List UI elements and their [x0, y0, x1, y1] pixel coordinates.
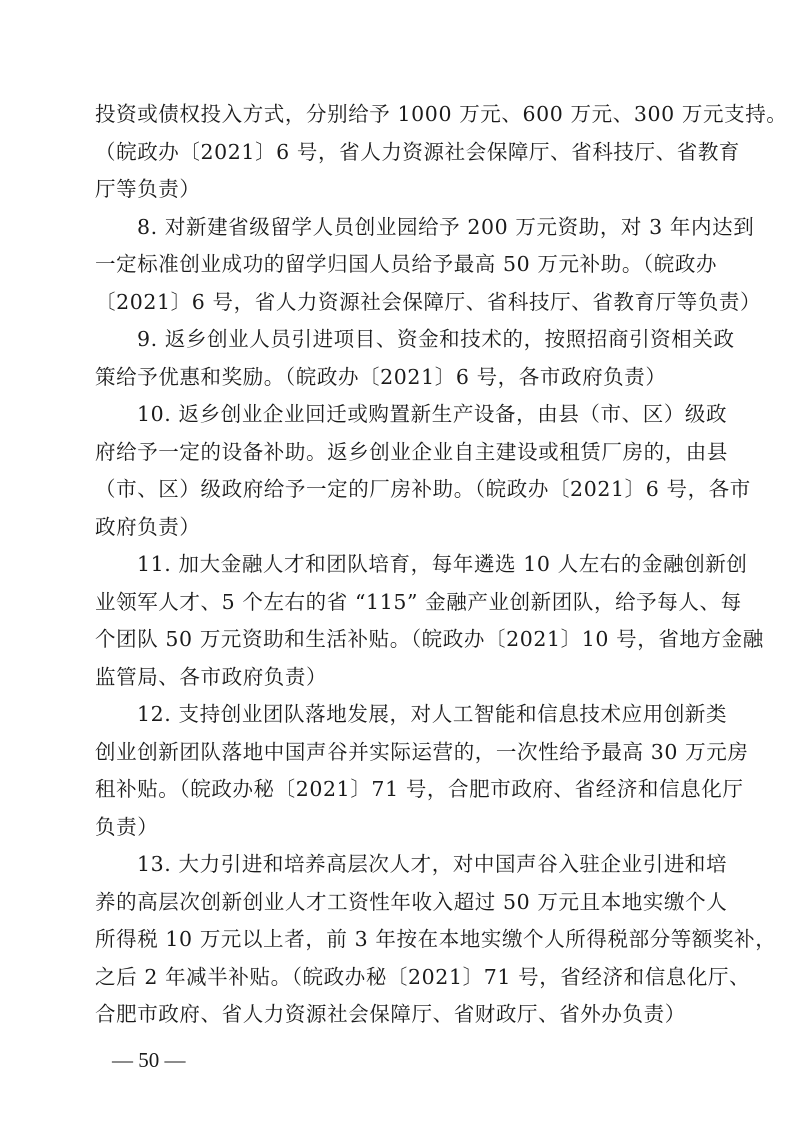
item-11-line: 业领军人才、5 个左右的省 “115” 金融产业创新团队，给予每人、每: [95, 588, 702, 616]
text-line: （皖政办〔2021〕6 号，省人力资源社会保障厅、省科技厅、省教育: [95, 138, 702, 166]
page-number: — 50 —: [112, 1047, 186, 1073]
text-line: 厅等负责）: [95, 175, 702, 203]
item-12-line: 租补贴。（皖政办秘〔2021〕71 号，合肥市政府、省经济和信息化厅: [95, 775, 702, 803]
item-10-line: 府给予一定的设备补助。返乡创业企业自主建设或租赁厂房的，由县: [95, 438, 702, 466]
item-10-line: 政府负责）: [95, 513, 702, 541]
item-11-line: 11. 加大金融人才和团队培育，每年遴选 10 人左右的金融创新创: [137, 550, 702, 578]
item-12-line: 12. 支持创业团队落地发展，对人工智能和信息技术应用创新类: [137, 700, 702, 728]
item-9-line: 9. 返乡创业人员引进项目、资金和技术的，按照招商引资相关政: [137, 325, 702, 353]
item-12-line: 创业创新团队落地中国声谷并实际运营的，一次性给予最高 30 万元房: [95, 738, 702, 766]
item-13-line: 养的高层次创新创业人才工资性年收入超过 50 万元且本地实缴个人: [95, 888, 702, 916]
item-13-line: 之后 2 年减半补贴。（皖政办秘〔2021〕71 号，省经济和信息化厅、: [95, 963, 702, 991]
item-8-line: 一定标准创业成功的留学归国人员给予最高 50 万元补助。（皖政办: [95, 250, 702, 278]
text-line: 投资或债权投入方式，分别给予 1000 万元、600 万元、300 万元支持。: [95, 100, 702, 128]
item-11-line: 监管局、各市政府负责）: [95, 663, 702, 691]
item-13-line: 所得税 10 万元以上者，前 3 年按在本地实缴个人所得税部分等额奖补，: [95, 925, 702, 953]
item-8-line: 〔2021〕6 号，省人力资源社会保障厅、省科技厅、省教育厅等负责）: [95, 288, 702, 316]
item-10-line: 10. 返乡创业企业回迁或购置新生产设备，由县（市、区）级政: [137, 400, 702, 428]
item-12-line: 负责）: [95, 813, 702, 841]
item-13-line: 13. 大力引进和培养高层次人才，对中国声谷入驻企业引进和培: [137, 850, 702, 878]
item-8-line: 8. 对新建省级留学人员创业园给予 200 万元资助，对 3 年内达到: [137, 213, 702, 241]
item-9-line: 策给予优惠和奖励。（皖政办〔2021〕6 号，各市政府负责）: [95, 363, 702, 391]
item-10-line: （市、区）级政府给予一定的厂房补助。（皖政办〔2021〕6 号，各市: [95, 475, 702, 503]
document-page: 投资或债权投入方式，分别给予 1000 万元、600 万元、300 万元支持。 …: [0, 0, 793, 1122]
item-11-line: 个团队 50 万元资助和生活补贴。（皖政办〔2021〕10 号，省地方金融: [95, 625, 702, 653]
item-13-line: 合肥市政府、省人力资源社会保障厅、省财政厅、省外办负责）: [95, 1000, 702, 1028]
